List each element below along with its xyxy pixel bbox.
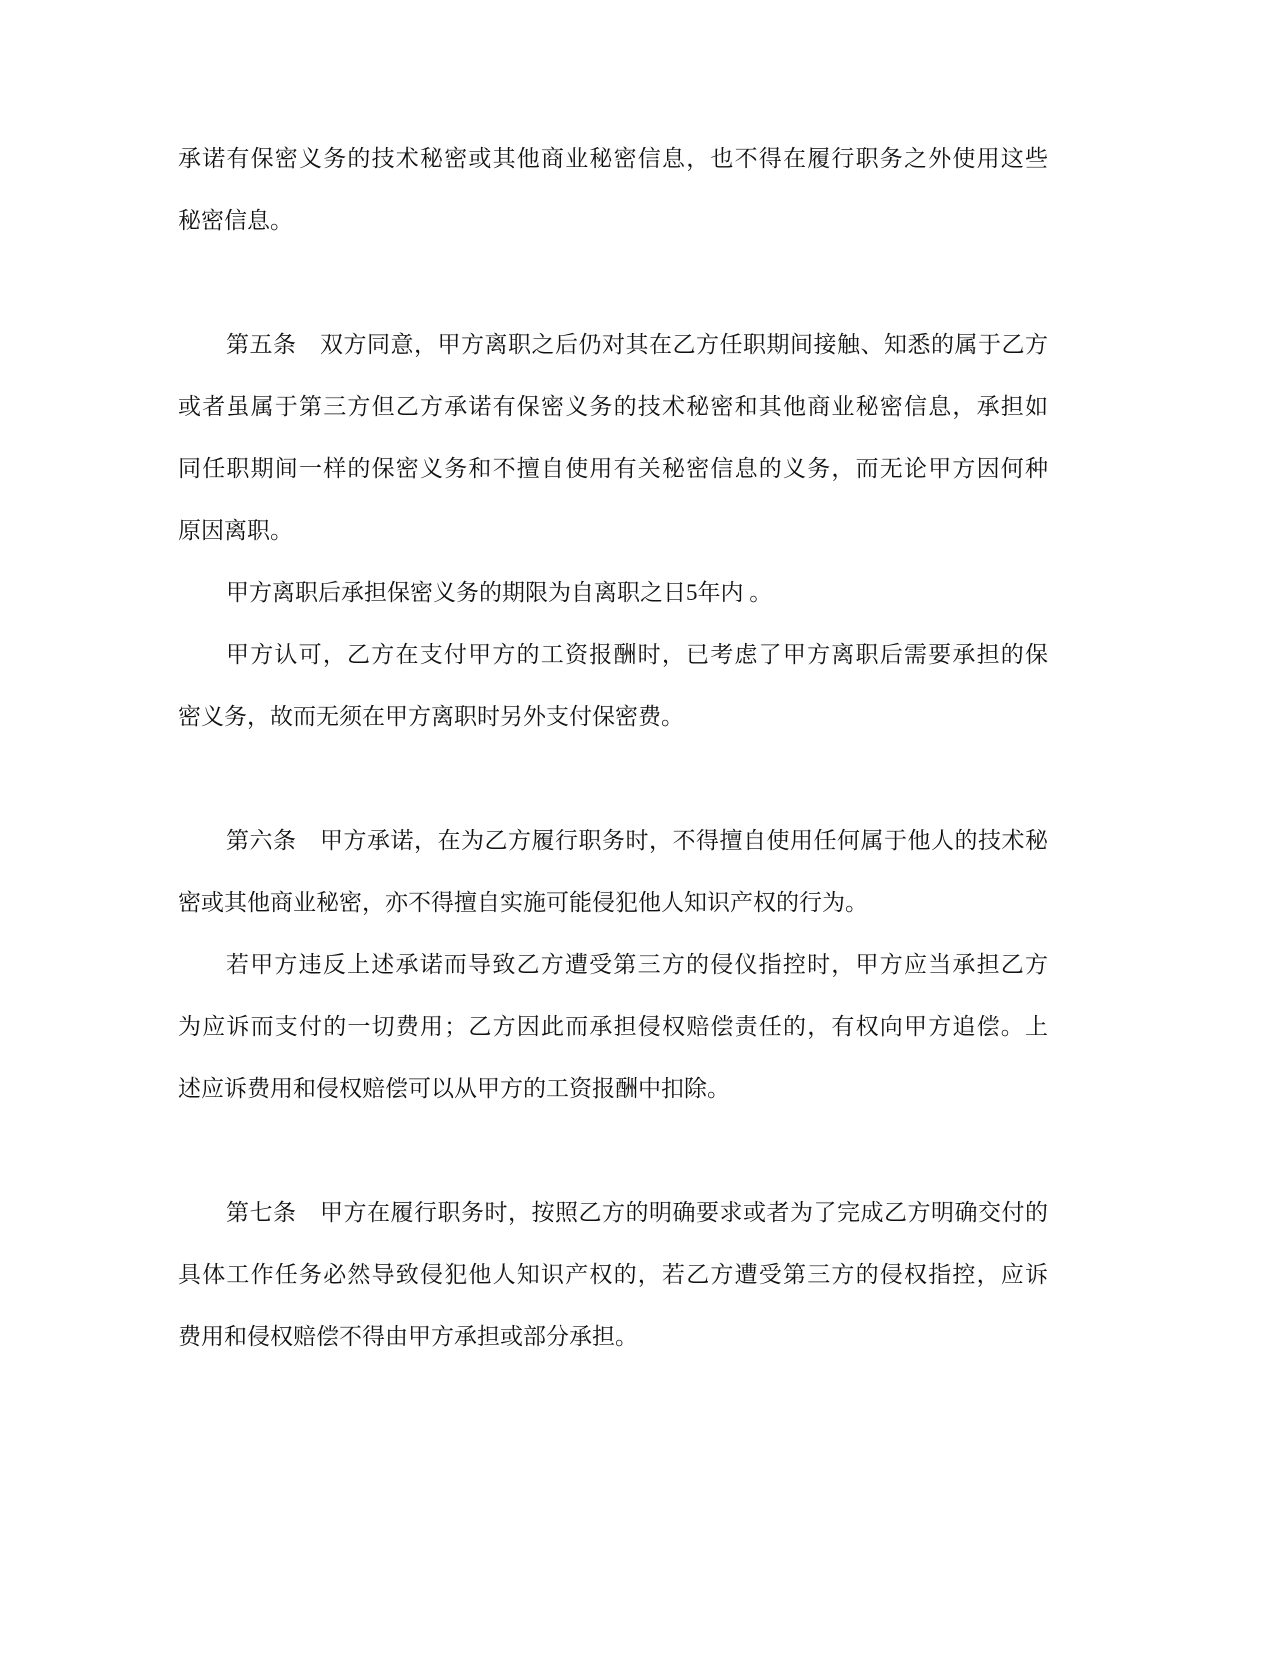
document-line-article-6: 第六条 甲方承诺，在为乙方履行职务时，不得擅自使用任何属于他人的技术秘 bbox=[178, 810, 1048, 872]
blank-line bbox=[178, 252, 1048, 314]
document-line: 述应诉费用和侵权赔偿可以从甲方的工资报酬中扣除。 bbox=[178, 1058, 1048, 1120]
document-line: 密义务，故而无须在甲方离职时另外支付保密费。 bbox=[178, 686, 1048, 748]
document-page: 承诺有保密义务的技术秘密或其他商业秘密信息，也不得在履行职务之外使用这些 秘密信… bbox=[0, 0, 1280, 1656]
blank-line bbox=[178, 748, 1048, 810]
document-line: 秘密信息。 bbox=[178, 190, 1048, 252]
document-line-article-5: 第五条 双方同意，甲方离职之后仍对其在乙方任职期间接触、知悉的属于乙方 bbox=[178, 314, 1048, 376]
document-line: 或者虽属于第三方但乙方承诺有保密义务的技术秘密和其他商业秘密信息，承担如 bbox=[178, 376, 1048, 438]
document-line: 甲方认可，乙方在支付甲方的工资报酬时，已考虑了甲方离职后需要承担的保 bbox=[178, 624, 1048, 686]
document-line: 密或其他商业秘密，亦不得擅自实施可能侵犯他人知识产权的行为。 bbox=[178, 872, 1048, 934]
document-line: 若甲方违反上述承诺而导致乙方遭受第三方的侵仪指控时，甲方应当承担乙方 bbox=[178, 934, 1048, 996]
blank-line bbox=[178, 1120, 1048, 1182]
document-line: 原因离职。 bbox=[178, 500, 1048, 562]
document-line: 为应诉而支付的一切费用；乙方因此而承担侵权赔偿责任的，有权向甲方追偿。上 bbox=[178, 996, 1048, 1058]
document-line: 具体工作任务必然导致侵犯他人知识产权的，若乙方遭受第三方的侵权指控，应诉 bbox=[178, 1244, 1048, 1306]
document-line: 承诺有保密义务的技术秘密或其他商业秘密信息，也不得在履行职务之外使用这些 bbox=[178, 128, 1048, 190]
document-line: 甲方离职后承担保密义务的期限为自离职之日5年内 。 bbox=[178, 562, 1048, 624]
document-line: 同任职期间一样的保密义务和不擅自使用有关秘密信息的义务，而无论甲方因何种 bbox=[178, 438, 1048, 500]
document-line-article-7: 第七条 甲方在履行职务时，按照乙方的明确要求或者为了完成乙方明确交付的 bbox=[178, 1182, 1048, 1244]
document-line: 费用和侵权赔偿不得由甲方承担或部分承担。 bbox=[178, 1306, 1048, 1368]
